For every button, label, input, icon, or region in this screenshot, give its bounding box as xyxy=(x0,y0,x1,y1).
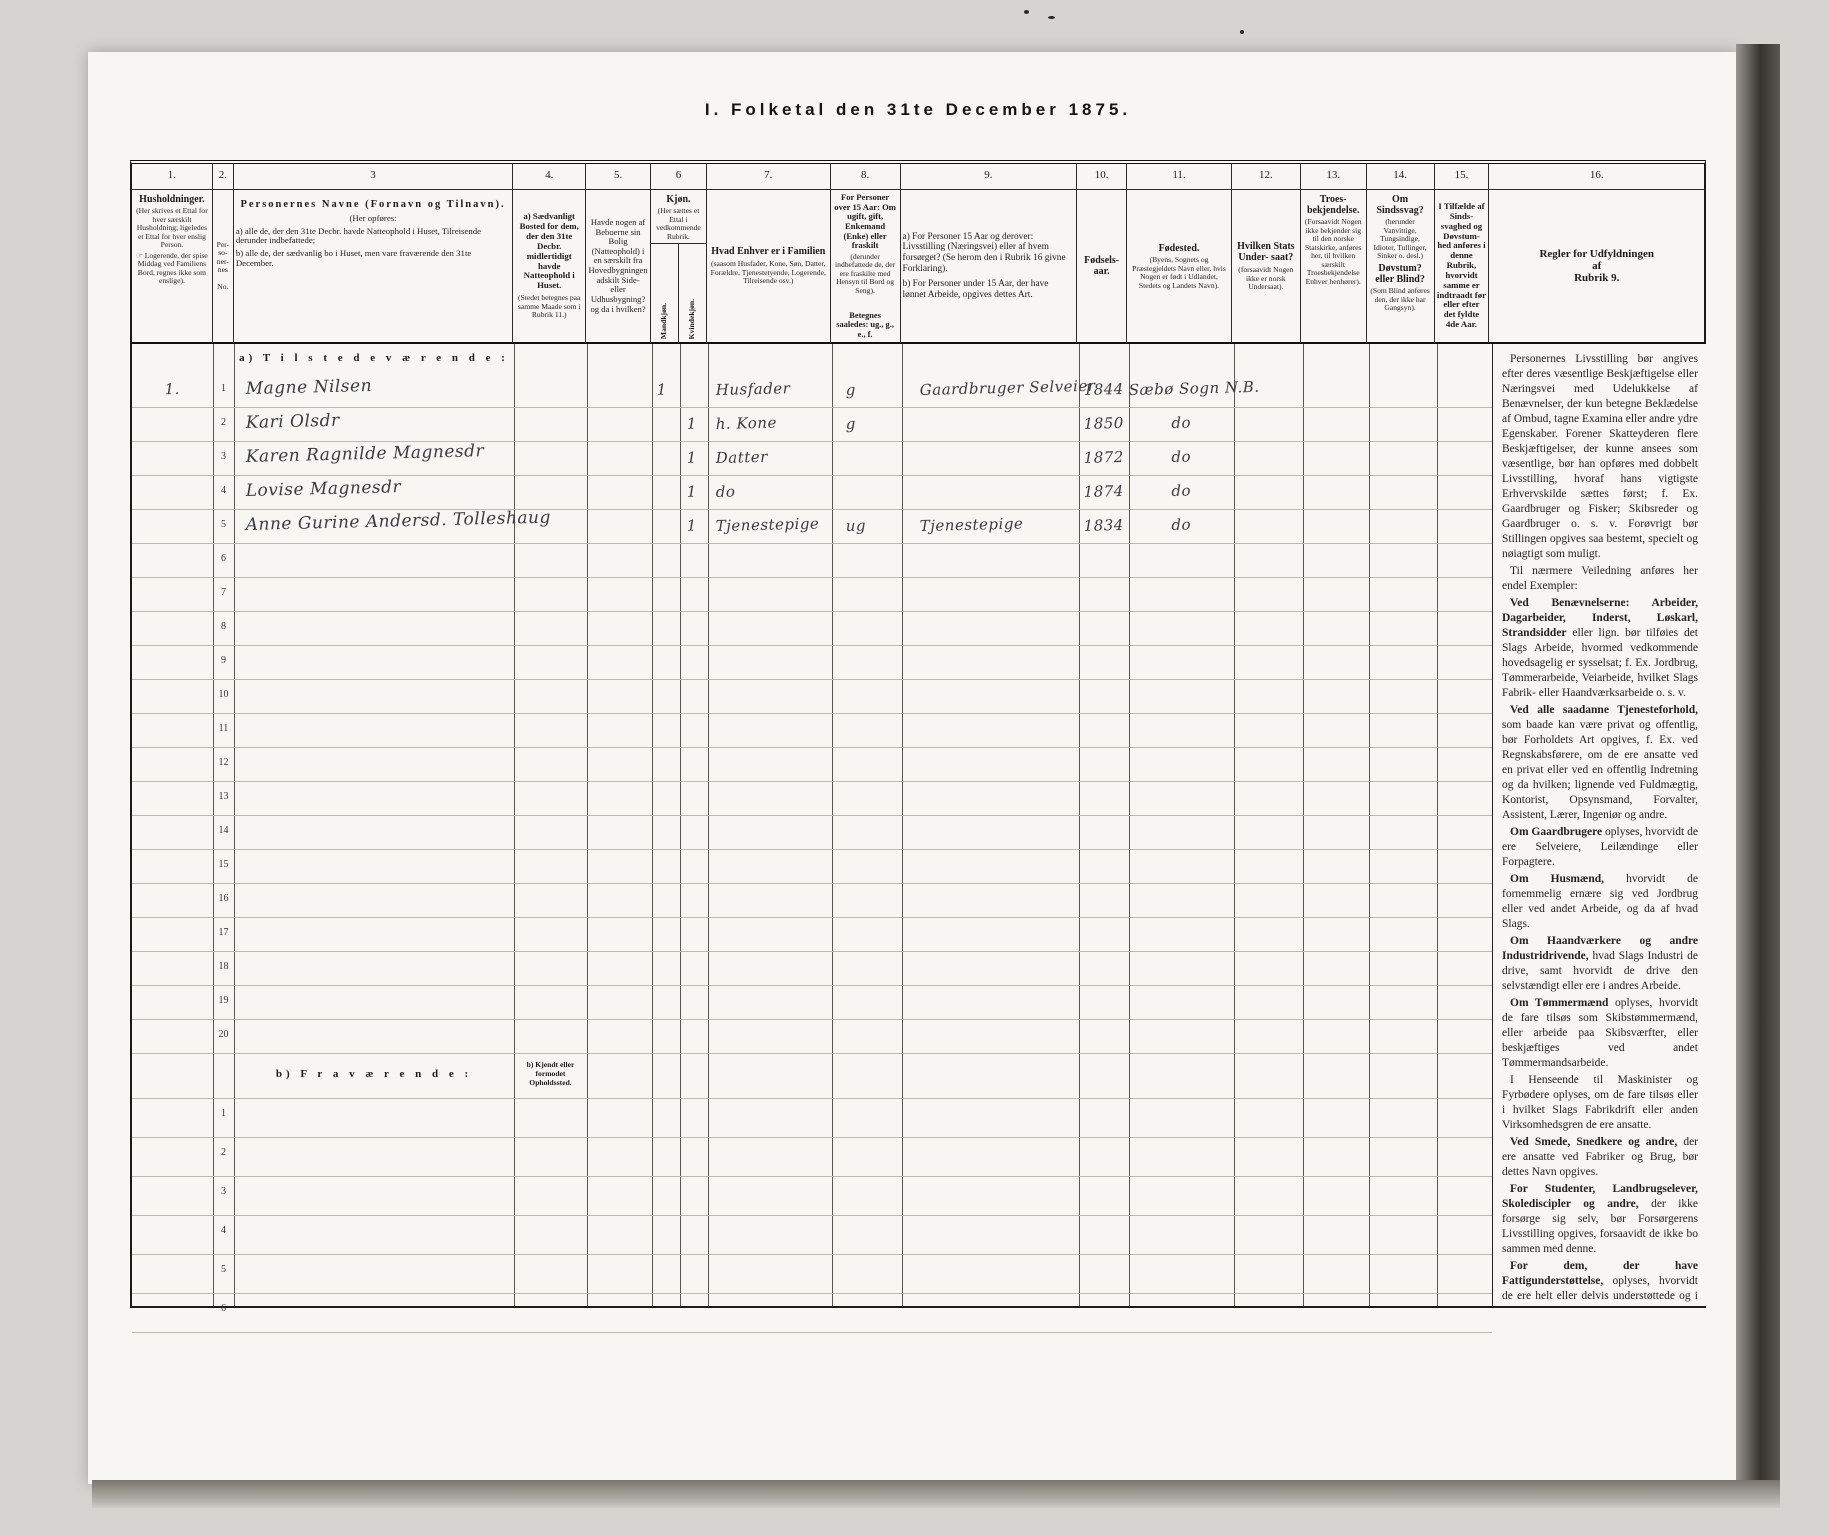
birthplace: do xyxy=(1129,412,1234,433)
person-number: 3 xyxy=(213,1186,234,1197)
person-number: 5 xyxy=(213,1264,234,1275)
birthplace: do xyxy=(1129,514,1234,535)
birthplace: do xyxy=(1129,446,1234,467)
person-name: Kari Olsdr xyxy=(246,411,340,433)
family-position: Husfader xyxy=(716,379,791,399)
person-number: 15 xyxy=(213,859,234,870)
table-row: 3 xyxy=(132,1177,1492,1216)
page-edge-shadow-bottom xyxy=(92,1480,1780,1508)
family-position: h. Kone xyxy=(716,414,777,433)
column-headers-row: Husholdninger. (Her skrives et Ettal for… xyxy=(130,190,1706,344)
header-occupation: a) For Personer 15 Aar og derover: Livss… xyxy=(901,190,1078,342)
person-number: 17 xyxy=(213,927,234,938)
instruction-paragraph: Ved Smede, Snedkere og andre, der ere an… xyxy=(1502,1135,1698,1180)
table-row: 4 xyxy=(132,1216,1492,1255)
header-households: Husholdninger. (Her skrives et Ettal for… xyxy=(132,190,213,342)
person-number: 9 xyxy=(213,655,234,666)
header-onset-age: I Tilfælde af Sinds- svaghed og Døvstum-… xyxy=(1435,190,1490,342)
male-column-label: Mandkjøn. xyxy=(660,303,669,339)
person-number: 1 xyxy=(213,1108,234,1119)
table-row: 18 xyxy=(132,952,1492,986)
instruction-paragraph: Om Husmænd, hvorvidt de fornemmelig ernæ… xyxy=(1502,872,1698,932)
person-number: 10 xyxy=(213,689,234,700)
male-mark: 1 xyxy=(648,380,676,399)
section-b-label: b) F r a v æ r e n d e : xyxy=(234,1068,514,1080)
col-number: 10. xyxy=(1077,164,1127,189)
section-b-residence-note: b) Kjendt eller formodet Opholdssted. xyxy=(514,1060,587,1087)
col-number: 7. xyxy=(707,164,831,189)
section-a-label: a) T i l s t e d e v æ r e n d e : xyxy=(234,352,514,364)
table-row: 2 xyxy=(132,1138,1492,1177)
birthplace: do xyxy=(1129,480,1234,501)
family-position: do xyxy=(716,483,736,501)
person-number: 19 xyxy=(213,995,234,1006)
instruction-paragraph: I Henseende til Maskinister og Fyrbødere… xyxy=(1502,1073,1698,1133)
instruction-paragraph: Om Haandværkere og andre Industridrivend… xyxy=(1502,934,1698,994)
header-citizenship: Hvilken Stats Under- saat? (forsaavidt N… xyxy=(1232,190,1301,342)
table-row: 1 xyxy=(132,1099,1492,1138)
page-title: I. Folketal den 31te December 1875. xyxy=(130,100,1706,120)
table-row: 20 xyxy=(132,1020,1492,1054)
header-family-position: Hvad Enhver er i Familien (saasom Husfad… xyxy=(707,190,831,342)
family-position: Datter xyxy=(716,448,769,467)
family-position: Tjenestepige xyxy=(716,514,820,535)
birthplace: Sæbø Sogn N.B. xyxy=(1129,378,1234,399)
instruction-paragraph: Om Tømmermænd oplyses, hvorvidt de fare … xyxy=(1502,996,1698,1071)
instruction-paragraph: Til nærmere Veiledning anføres her endel… xyxy=(1502,564,1698,594)
col-number: 5. xyxy=(586,164,651,189)
person-number: 13 xyxy=(213,791,234,802)
col-number: 9. xyxy=(901,164,1078,189)
header-religion: Troes- bekjendelse. (Forsaavidt Nogen ik… xyxy=(1301,190,1367,342)
female-column-label: Kvindekjøn. xyxy=(688,299,697,339)
sex-subcolumns: Mandkjøn. Kvindekjøn. xyxy=(651,243,706,342)
dust-speck xyxy=(1024,10,1029,14)
person-number: 14 xyxy=(213,825,234,836)
instruction-paragraph: For Studenter, Landbrugselever, Skoledis… xyxy=(1502,1182,1698,1257)
table-row: 15 xyxy=(132,850,1492,884)
col-number: 1. xyxy=(132,164,213,189)
col-number: 2. xyxy=(213,164,234,189)
col-number: 3 xyxy=(234,164,513,189)
header-person-number: Per- so- ner- nes No. xyxy=(213,190,234,342)
col-number: 4. xyxy=(513,164,586,189)
header-rules: Regler for Udfyldningen af Rubrik 9. xyxy=(1489,190,1704,342)
person-name: Magne Nilsen xyxy=(246,376,373,399)
table-row: 17 xyxy=(132,918,1492,952)
person-number: 6 xyxy=(213,553,234,564)
table-row: 7 xyxy=(132,578,1492,612)
person-number: 5 xyxy=(213,519,234,530)
col-number: 16. xyxy=(1489,164,1704,189)
table-row: 3 Karen Ragnilde Magnesdr 1 Datter 1872 … xyxy=(132,442,1492,476)
person-name: Lovise Magnesdr xyxy=(246,477,402,501)
birth-year: 1874 xyxy=(1079,482,1129,501)
table-row: 5 xyxy=(132,1255,1492,1294)
person-number: 2 xyxy=(213,417,234,428)
dust-speck xyxy=(1048,16,1055,19)
instruction-paragraph: For dem, der have Fattigunderstøttelse, … xyxy=(1502,1259,1698,1306)
table-row: 5 Anne Gurine Andersd. Tolleshaug 1 Tjen… xyxy=(132,510,1492,544)
scanned-census-page: I. Folketal den 31te December 1875. 1. 2… xyxy=(0,0,1829,1536)
table-row: 9 xyxy=(132,646,1492,680)
marital-status: g xyxy=(846,415,857,433)
page-edge-shadow-right xyxy=(1736,44,1780,1496)
header-usual-residence: a) Sædvanligt Bosted for dem, der den 31… xyxy=(513,190,586,342)
table-row: 6 xyxy=(132,1294,1492,1333)
col-number: 14. xyxy=(1367,164,1435,189)
table-row: 6 xyxy=(132,544,1492,578)
person-number: 16 xyxy=(213,893,234,904)
instruction-paragraph: Personernes Livsstilling bør angives eft… xyxy=(1502,352,1698,562)
table-row: 16 xyxy=(132,884,1492,918)
header-birth-year: Fødsels- aar. xyxy=(1077,190,1127,342)
header-disabilities: Om Sindssvag? (herunder Vanvittige, Tung… xyxy=(1367,190,1435,342)
marital-status: ug xyxy=(846,517,867,535)
person-number: 4 xyxy=(213,485,234,496)
table-body: a) T i l s t e d e v æ r e n d e : 1. 1 … xyxy=(130,344,1706,1308)
person-number: 7 xyxy=(213,587,234,598)
person-number: 2 xyxy=(213,1147,234,1158)
dust-speck xyxy=(1240,30,1244,34)
col-number: 12. xyxy=(1232,164,1301,189)
col-number: 6 xyxy=(651,164,707,189)
instruction-paragraph: Ved alle saadanne Tjenesteforhold, som b… xyxy=(1502,703,1698,823)
household-number: 1. xyxy=(132,379,213,399)
header-sex: Kjøn. (Her sættes et Ettal i vedkommende… xyxy=(651,190,707,342)
person-number: 18 xyxy=(213,961,234,972)
header-outbuilding: Havde nogen af Beboerne sin Bolig (Natte… xyxy=(586,190,651,342)
person-number: 20 xyxy=(213,1029,234,1040)
person-number: 4 xyxy=(213,1225,234,1236)
table-row: 13 xyxy=(132,782,1492,816)
person-name: Anne Gurine Andersd. Tolleshaug xyxy=(246,508,552,535)
table-row: 4 Lovise Magnesdr 1 do 1874 do xyxy=(132,476,1492,510)
section-a-row: a) T i l s t e d e v æ r e n d e : xyxy=(132,344,1492,374)
col-number: 13. xyxy=(1301,164,1367,189)
header-names: Personernes Navne (Fornavn og Tilnavn). … xyxy=(234,190,513,342)
birth-year: 1844 xyxy=(1079,380,1129,399)
birth-year: 1850 xyxy=(1079,414,1129,433)
instruction-paragraph: Om Gaardbrugere oplyses, hvorvidt de ere… xyxy=(1502,825,1698,870)
table-row: 14 xyxy=(132,816,1492,850)
col-number: 15. xyxy=(1435,164,1490,189)
occupation: Gaardbruger Selveier xyxy=(920,377,1096,399)
person-number: 3 xyxy=(213,451,234,462)
person-number: 1 xyxy=(213,383,234,394)
birth-year: 1834 xyxy=(1079,516,1129,535)
person-number: 6 xyxy=(213,1303,234,1314)
section-b-row: b) F r a v æ r e n d e : b) Kjendt eller… xyxy=(132,1054,1492,1099)
table-row: 8 xyxy=(132,612,1492,646)
instruction-paragraph: Ved Benævnelserne: Arbeider, Dagarbeider… xyxy=(1502,596,1698,701)
instructions-column: Personernes Livsstilling bør angives eft… xyxy=(1493,344,1707,1306)
header-marital-status: For Personer over 15 Aar: Om ugift, gift… xyxy=(831,190,901,342)
col-number: 8. xyxy=(831,164,901,189)
column-numbers-row: 1. 2. 3 4. 5. 6 7. 8. 9. 10. 11. 12. 13.… xyxy=(130,160,1706,190)
census-table: 1. 2. 3 4. 5. 6 7. 8. 9. 10. 11. 12. 13.… xyxy=(130,160,1706,1308)
female-mark: 1 xyxy=(678,482,706,501)
person-name: Karen Ragnilde Magnesdr xyxy=(246,441,485,467)
table-row: 2 Kari Olsdr 1 h. Kone g 1850 do xyxy=(132,408,1492,442)
person-number: 11 xyxy=(213,723,234,734)
occupation: Tjenestepige xyxy=(920,514,1024,535)
female-mark: 1 xyxy=(678,414,706,433)
table-row: 11 xyxy=(132,714,1492,748)
col-number: 11. xyxy=(1127,164,1232,189)
table-row: 1. 1 Magne Nilsen 1 Husfader g Gaardbrug… xyxy=(132,374,1492,408)
female-mark: 1 xyxy=(678,516,706,535)
marital-status: g xyxy=(846,381,857,399)
table-row: 10 xyxy=(132,680,1492,714)
person-number: 8 xyxy=(213,621,234,632)
person-number: 12 xyxy=(213,757,234,768)
table-row: 19 xyxy=(132,986,1492,1020)
female-mark: 1 xyxy=(678,448,706,467)
header-birthplace: Fødested. (Byens, Sognets og Præstegjeld… xyxy=(1127,190,1232,342)
table-row: 12 xyxy=(132,748,1492,782)
birth-year: 1872 xyxy=(1079,448,1129,467)
